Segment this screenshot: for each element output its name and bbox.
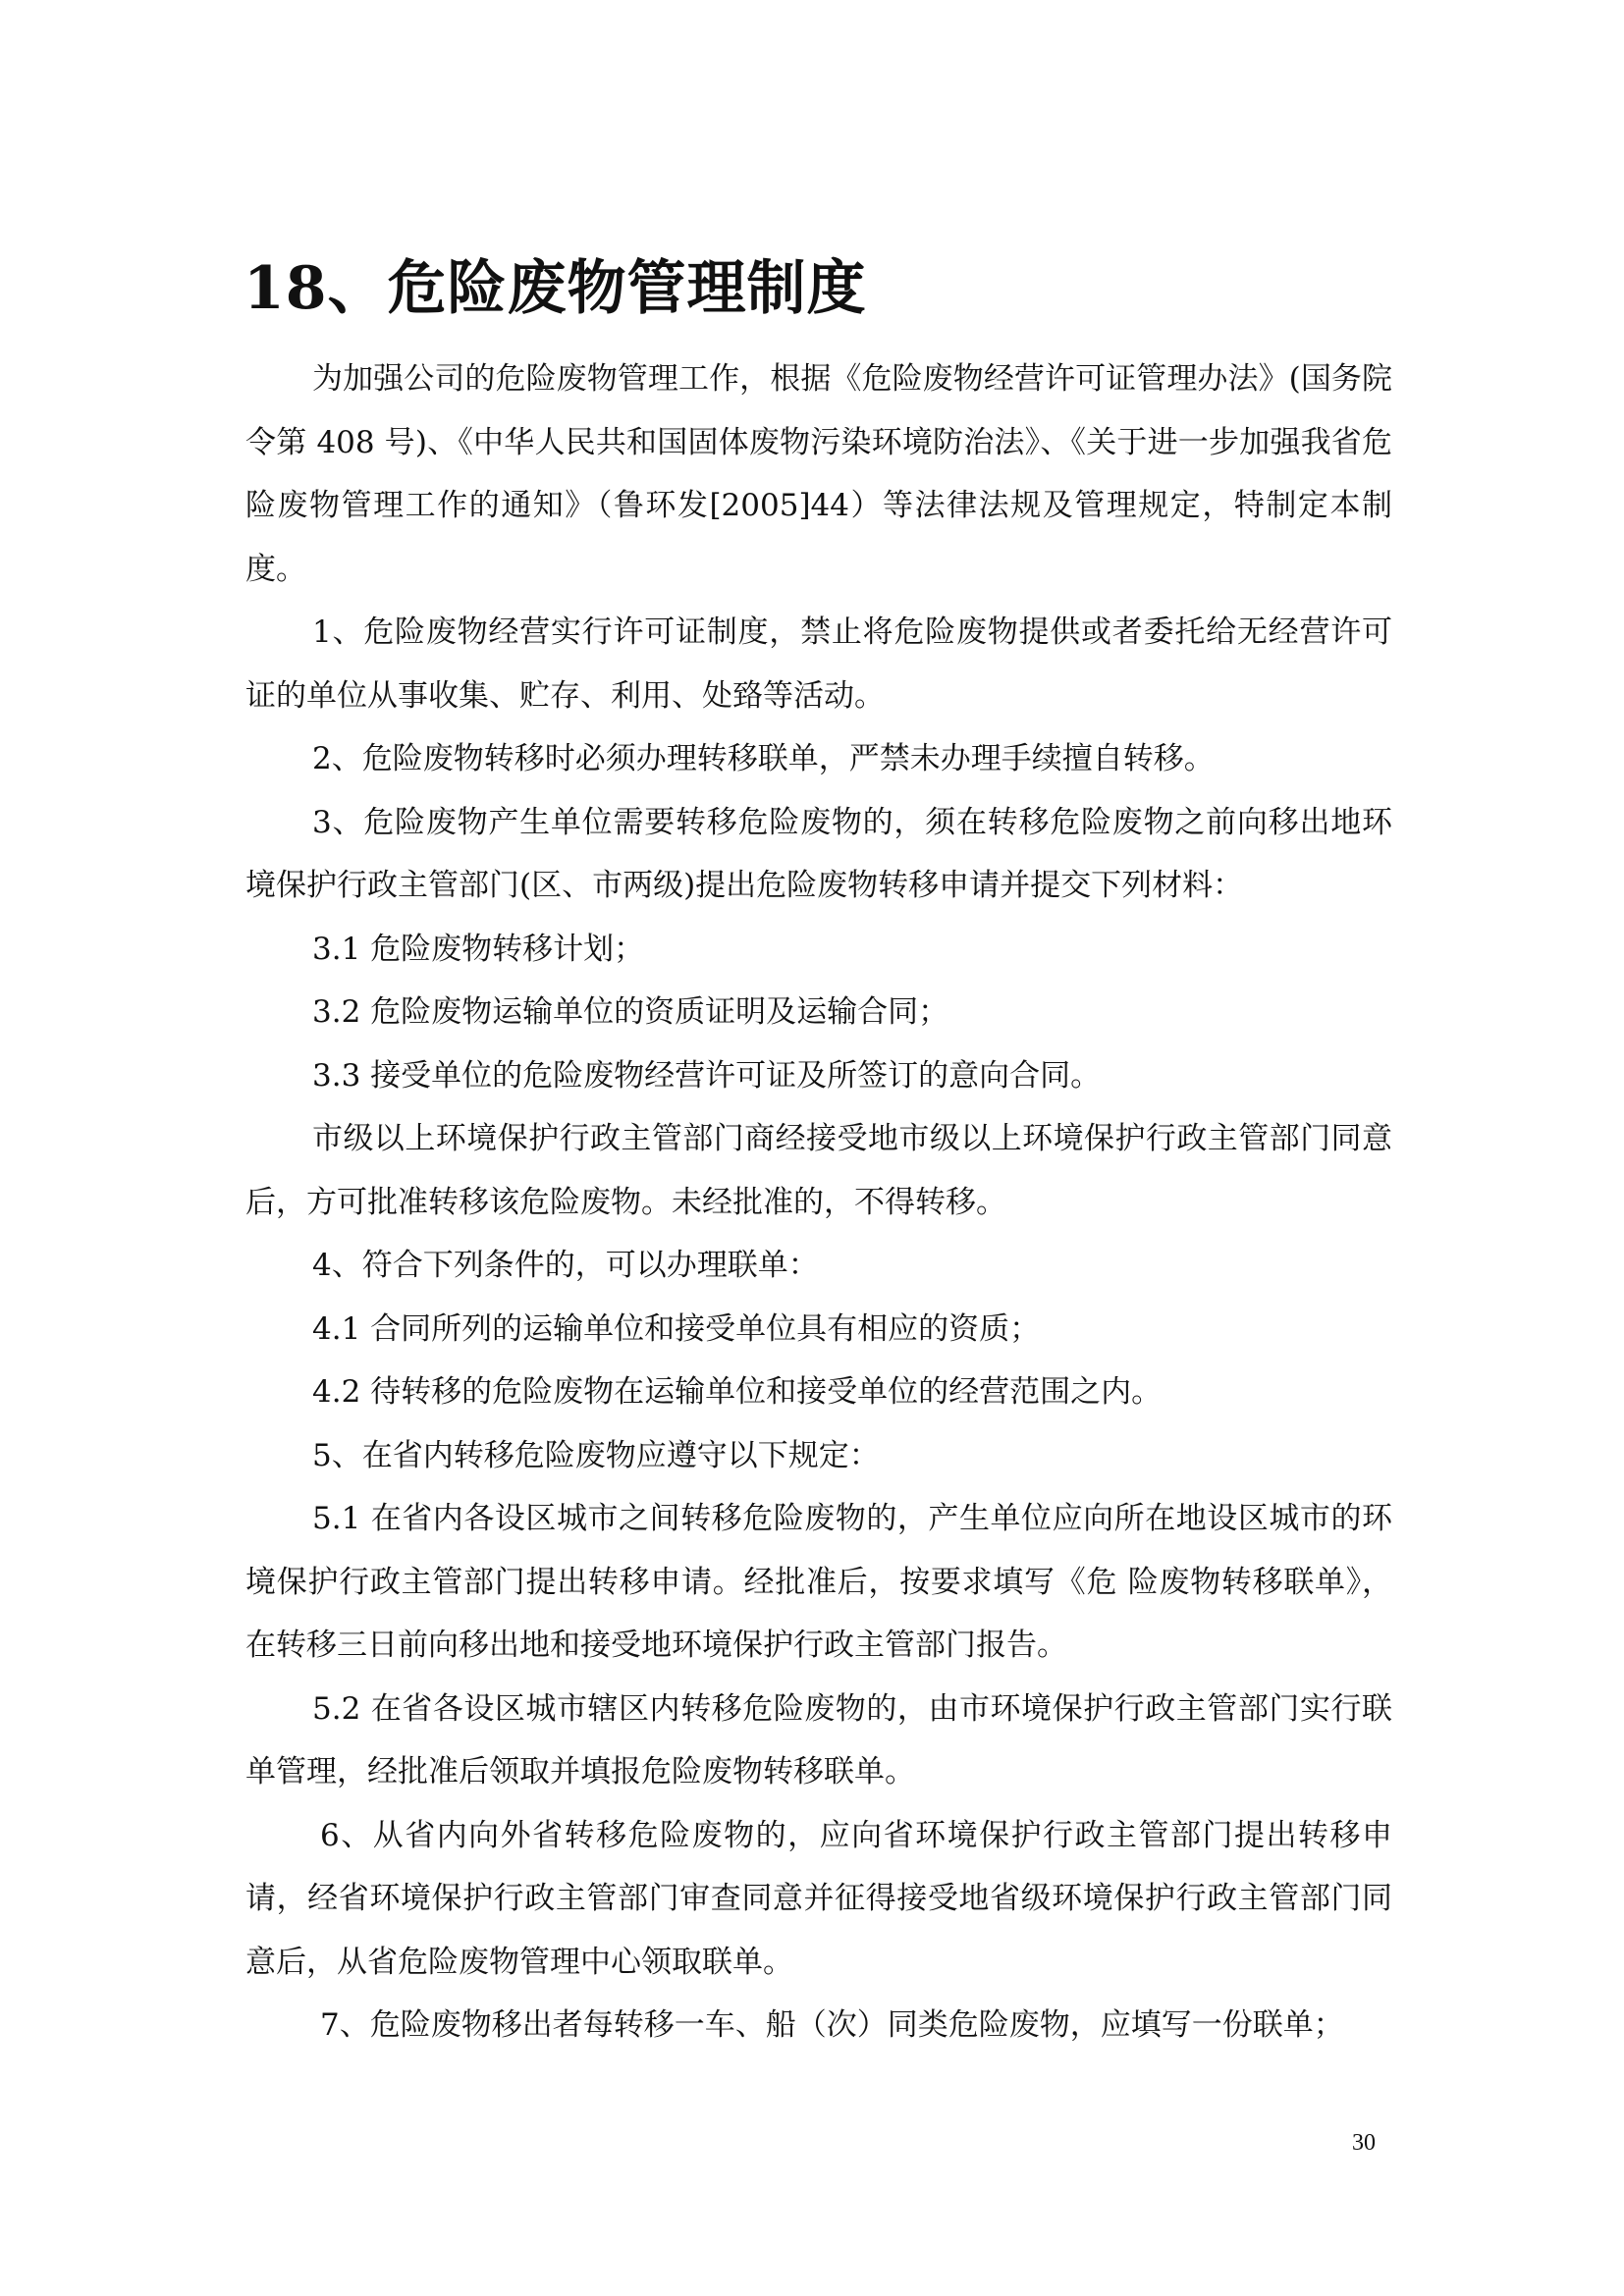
paragraph-item-3-1: 3.1 危险废物转移计划； — [245, 918, 1392, 982]
paragraph-item-3: 3、危险废物产生单位需要转移危险废物的，须在转移危险废物之前向移出地环境保护行政… — [245, 791, 1392, 918]
page-number: 30 — [1352, 2128, 1376, 2158]
paragraph-item-4-1: 4.1 合同所列的运输单位和接受单位具有相应的资质； — [245, 1298, 1392, 1362]
paragraph-item-7: 7、危险废物移出者每转移一车、船（次）同类危险废物，应填写一份联单； — [245, 1994, 1392, 2057]
paragraph-item-1: 1、危险废物经营实行许可证制度，禁止将危险废物提供或者委托给无经营许可证的单位从… — [245, 601, 1392, 727]
paragraph-item-3-2: 3.2 危险废物运输单位的资质证明及运输合同； — [245, 981, 1392, 1044]
paragraph-item-5-1: 5.1 在省内各设区城市之间转移危险废物的，产生单位应向所在地设区城市的环境保护… — [245, 1487, 1392, 1678]
paragraph-item-2: 2、危险废物转移时必须办理转移联单，严禁未办理手续擅自转移。 — [245, 727, 1392, 791]
paragraph-item-4: 4、符合下列条件的，可以办理联单： — [245, 1234, 1392, 1298]
page-title: 18、危险废物管理制度 — [244, 247, 867, 330]
paragraph-item-3-note: 市级以上环境保护行政主管部门商经接受地市级以上环境保护行政主管部门同意后，方可批… — [245, 1107, 1392, 1234]
paragraph-item-5-2: 5.2 在省各设区城市辖区内转移危险废物的，由市环境保护行政主管部门实行联单管理… — [245, 1678, 1392, 1804]
document-body: 为加强公司的危险废物管理工作，根据《危险废物经营许可证管理办法》(国务院令第 4… — [245, 347, 1392, 2057]
paragraph-intro: 为加强公司的危险废物管理工作，根据《危险废物经营许可证管理办法》(国务院令第 4… — [245, 347, 1392, 601]
paragraph-item-6: 6、从省内向外省转移危险废物的，应向省环境保护行政主管部门提出转移申请，经省环境… — [245, 1804, 1392, 1995]
document-page: 18、危险废物管理制度 为加强公司的危险废物管理工作，根据《危险废物经营许可证管… — [0, 0, 1624, 2296]
paragraph-item-3-3: 3.3 接受单位的危险废物经营许可证及所签订的意向合同。 — [245, 1044, 1392, 1108]
paragraph-item-4-2: 4.2 待转移的危险废物在运输单位和接受单位的经营范围之内。 — [245, 1361, 1392, 1424]
paragraph-item-5: 5、在省内转移危险废物应遵守以下规定： — [245, 1424, 1392, 1488]
